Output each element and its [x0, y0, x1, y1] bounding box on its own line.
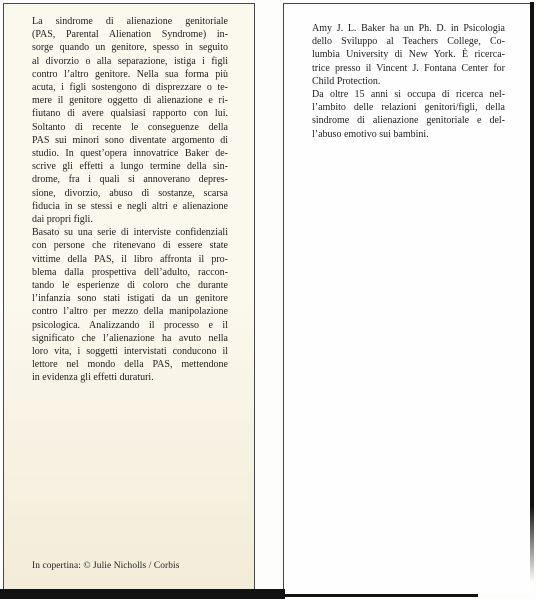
- text-line: Basato su una serie di interviste confid…: [32, 226, 228, 239]
- text-line: sorge quando un genitore, spesso in segu…: [32, 41, 228, 54]
- text-line: lettore nel mondo della PAS, mettendone: [32, 358, 228, 371]
- text-line: (PAS, Parental Alienation Syndrome) in-: [32, 28, 228, 41]
- paragraph: Amy J. L. Baker ha un Ph. D. in Psicolog…: [312, 22, 505, 88]
- text-line: tando le esperienze di coloro che durant…: [32, 279, 228, 292]
- paragraph: La sindrome di alienazione genitoriale(P…: [32, 15, 228, 226]
- text-line: dello Sviluppo al Teachers College, Co-: [312, 35, 505, 48]
- text-line: sindrome di alienazione genitoriale e de…: [312, 114, 505, 127]
- right-flap-author-bio-panel: Amy J. L. Baker ha un Ph. D. in Psicolog…: [283, 3, 533, 595]
- text-line: sione, divorzio, abuso di sostanze, scar…: [32, 187, 228, 200]
- text-line: studio. In quest’opera innovatrice Baker…: [32, 147, 228, 160]
- cover-credit: In copertina: © Julie Nicholls / Corbis: [32, 560, 179, 572]
- paragraph: Basato su una serie di interviste confid…: [32, 226, 228, 384]
- text-line: fiducia in se stessi e negli altri e ali…: [32, 200, 228, 213]
- text-line: Amy J. L. Baker ha un Ph. D. in Psicolog…: [312, 22, 505, 35]
- text-line: blema dalla prospettiva dell’adulto, rac…: [32, 266, 228, 279]
- text-line: vittime della PAS, il libro affronta il …: [32, 253, 228, 266]
- book-jacket-scan: La sindrome di alienazione genitoriale(P…: [0, 0, 536, 599]
- text-line: Da oltre 15 anni si occupa di ricerca ne…: [312, 88, 505, 101]
- left-flap-synopsis-panel: La sindrome di alienazione genitoriale(P…: [3, 3, 255, 589]
- text-line: Soltanto di recente le conseguenze della: [32, 121, 228, 134]
- text-line: in evidenza gli effetti duraturi.: [32, 371, 228, 384]
- text-line: contro l’altro genitore. Nella sua forma…: [32, 68, 228, 81]
- text-line: l’infanzia sono stati istigati da un gen…: [32, 292, 228, 305]
- text-line: trice presso il Vincent J. Fontana Cente…: [312, 62, 505, 75]
- text-line: scrive gli effetti a lungo termine della…: [32, 160, 228, 173]
- text-line: psicologica. Analizzando il processo e i…: [32, 319, 228, 332]
- text-line: lumbia University di New York. È ricerca…: [312, 48, 505, 61]
- text-line: loro vita, i soggetti intervistati condu…: [32, 345, 228, 358]
- text-line: dai propri figli.: [32, 213, 228, 226]
- text-line: l’abuso emotivo sui bambini.: [312, 128, 505, 141]
- text-line: Child Protection.: [312, 75, 505, 88]
- text-line: acuta, i figli sostengono di disprezzare…: [32, 81, 228, 94]
- text-line: fiutano di avere qualsiasi rapporto con …: [32, 107, 228, 120]
- right-flap-heavy-edge: [530, 2, 534, 588]
- paragraph: Da oltre 15 anni si occupa di ricerca ne…: [312, 88, 505, 141]
- text-line: La sindrome di alienazione genitoriale: [32, 15, 228, 28]
- text-line: con persone che ritenevano di essere sta…: [32, 239, 228, 252]
- text-line: mere il genitore oggetto di alienazione …: [32, 94, 228, 107]
- bottom-scan-edge-band: [0, 589, 285, 599]
- text-line: al divorzio o alla separazione, istiga i…: [32, 55, 228, 68]
- author-bio-text: Amy J. L. Baker ha un Ph. D. in Psicolog…: [312, 22, 505, 141]
- text-line: PAS sui minori sono diventate argomento …: [32, 134, 228, 147]
- synopsis-text: La sindrome di alienazione genitoriale(P…: [32, 15, 228, 385]
- text-line: l’ambito delle relazioni genitori/figli,…: [312, 101, 505, 114]
- text-line: significato che l’alienazione ha avuto n…: [32, 332, 228, 345]
- bottom-scan-edge-line: [285, 594, 478, 597]
- text-line: contro l’altro per mezzo della manipolaz…: [32, 305, 228, 318]
- text-line: drome, fra i quali si annoverano depres-: [32, 173, 228, 186]
